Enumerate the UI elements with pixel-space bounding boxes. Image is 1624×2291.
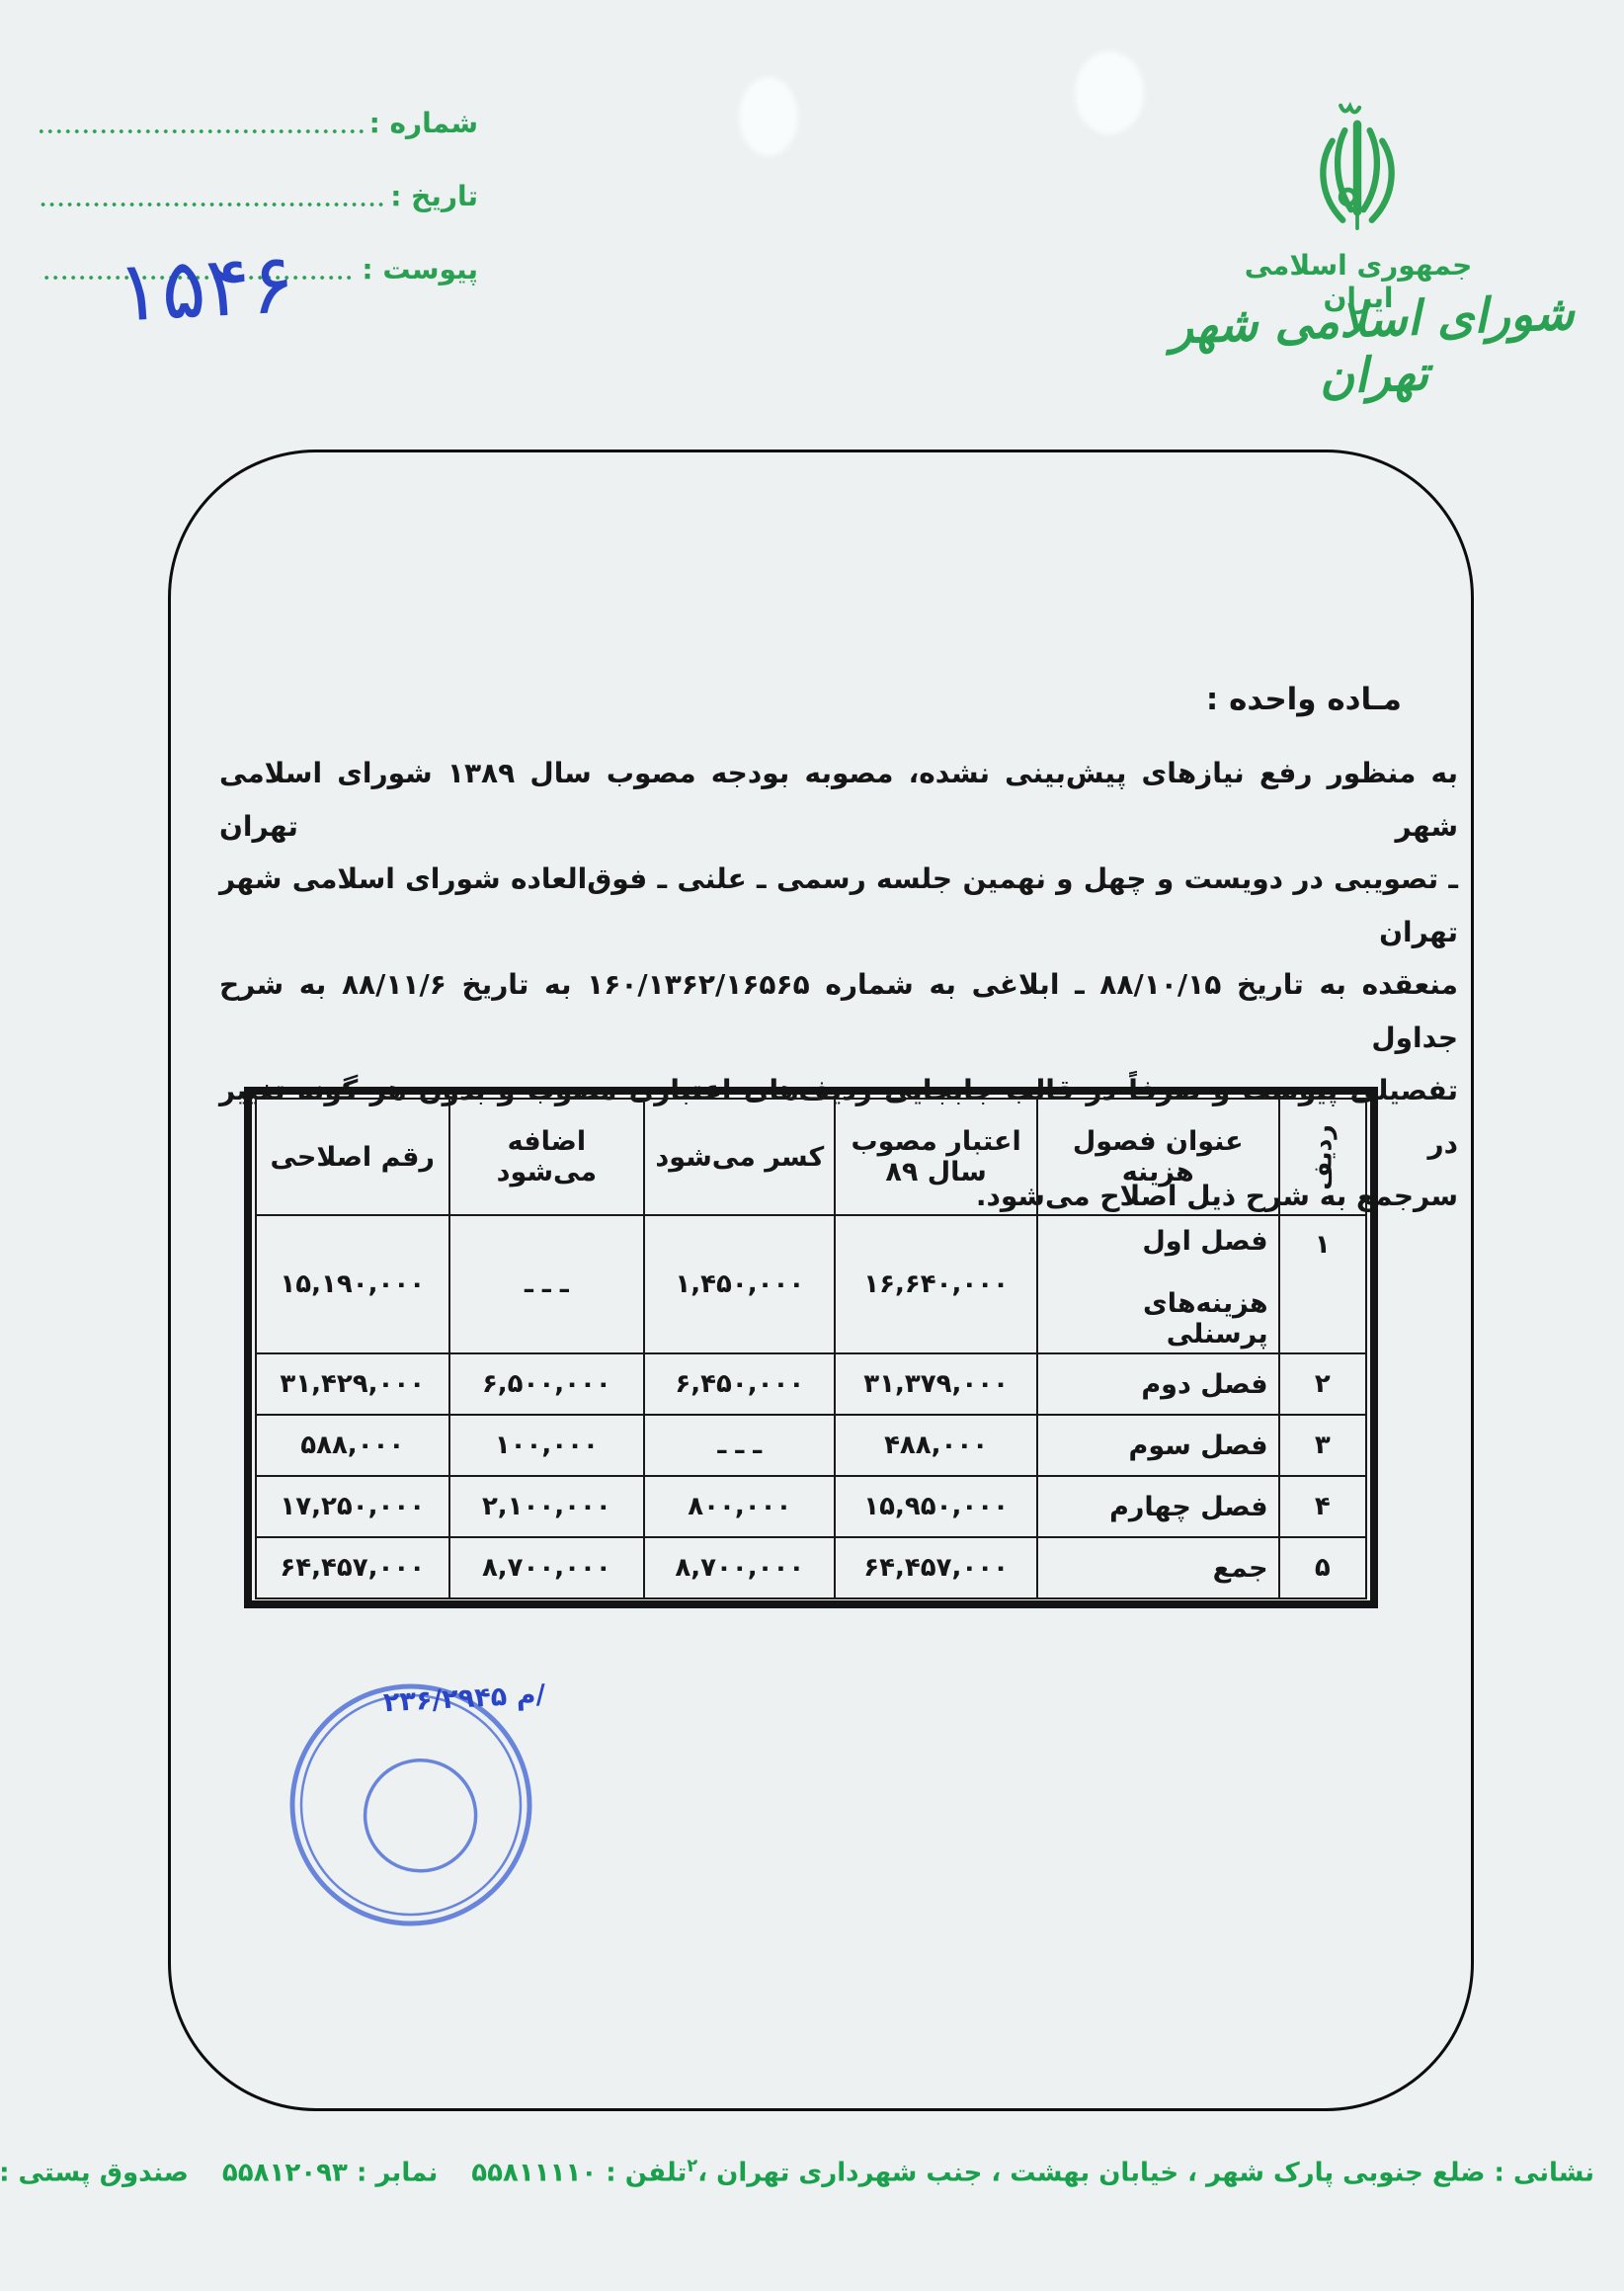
cell-added: ۶,۵۰۰,۰۰۰	[449, 1353, 645, 1415]
footer-pobox-label: صندوق پستی :	[0, 2159, 189, 2188]
header-added: اضافه می‌شود	[449, 1099, 645, 1215]
header-approved-credit-line1: اعتبار مصوب	[846, 1126, 1025, 1157]
number-field-dotted-line	[40, 128, 364, 134]
table-row-total: ۵ جمع ۶۴,۴۵۷,۰۰۰ ۸,۷۰۰,۰۰۰ ۸,۷۰۰,۰۰۰ ۶۴,…	[256, 1537, 1366, 1598]
cell-corrected: ۶۴,۴۵۷,۰۰۰	[256, 1537, 449, 1598]
header-row-no-label: ردیف	[1308, 1124, 1337, 1189]
field-row-date: تاریخ :	[40, 182, 478, 211]
cell-chapter: فصل چهارم	[1037, 1476, 1279, 1537]
chapter-title-line2: هزینه‌های پرسنلی	[1048, 1288, 1268, 1350]
cell-chapter: جمع	[1037, 1537, 1279, 1598]
punch-hole	[1075, 51, 1144, 134]
header-approved-credit-line2: سال ۸۹	[846, 1157, 1025, 1187]
council-name-calligraphy: شورای اسلامی شهر تهران	[1144, 285, 1602, 411]
budget-table: ردیف عنوان فصول هزینه اعتبار مصوب سال ۸۹…	[255, 1098, 1367, 1599]
cell-row-no: ۴	[1279, 1476, 1366, 1537]
cell-approved-credit: ۱۵,۹۵۰,۰۰۰	[835, 1476, 1036, 1537]
footer-mark: ۲	[687, 2156, 697, 2176]
header-chapter: عنوان فصول هزینه	[1037, 1099, 1279, 1215]
table-header-row: ردیف عنوان فصول هزینه اعتبار مصوب سال ۸۹…	[256, 1099, 1366, 1215]
attachment-field-label: پیوست :	[362, 255, 478, 285]
header-approved-credit: اعتبار مصوب سال ۸۹	[835, 1099, 1036, 1215]
cell-approved-credit: ۴۸۸,۰۰۰	[835, 1415, 1036, 1476]
cell-corrected: ۱۵,۱۹۰,۰۰۰	[256, 1215, 449, 1353]
number-field-label: شماره :	[369, 109, 478, 138]
cell-corrected: ۵۸۸,۰۰۰	[256, 1415, 449, 1476]
date-field-dotted-line	[40, 202, 384, 207]
cell-row-no: ۲	[1279, 1353, 1366, 1415]
cell-deducted: ۸,۷۰۰,۰۰۰	[644, 1537, 835, 1598]
cell-chapter: فصل سوم	[1037, 1415, 1279, 1476]
cell-row-no: ۱	[1279, 1215, 1366, 1353]
cell-row-no: ۳	[1279, 1415, 1366, 1476]
handwritten-attachment-number: ۱۵۴۶	[115, 234, 297, 340]
single-article-title: مـاده واحده :	[1206, 682, 1402, 717]
paragraph-line: به منظور رفع نیازهای پیش‌بینی نشده، مصوب…	[219, 747, 1458, 853]
paragraph-line: منعقده به تاریخ ۸۸/۱۰/۱۵ ـ ابلاغی به شما…	[219, 958, 1458, 1064]
table-row: ۱ فصل اول هزینه‌های پرسنلی ۱۶,۶۴۰,۰۰۰ ۱,…	[256, 1215, 1366, 1353]
cell-deducted: ـ ـ ـ	[644, 1415, 835, 1476]
punch-hole	[739, 77, 798, 156]
footer-phone-label: تلفن :	[606, 2159, 687, 2188]
header-deducted: کسر می‌شود	[644, 1099, 835, 1215]
field-row-number: شماره :	[40, 109, 478, 138]
table-row: ۲ فصل دوم ۳۱,۳۷۹,۰۰۰ ۶,۴۵۰,۰۰۰ ۶,۵۰۰,۰۰۰…	[256, 1353, 1366, 1415]
cell-approved-credit: ۱۶,۶۴۰,۰۰۰	[835, 1215, 1036, 1353]
chapter-title-line1: فصل اول	[1048, 1218, 1268, 1257]
cell-corrected: ۳۱,۴۲۹,۰۰۰	[256, 1353, 449, 1415]
footer-contact-line: نشانی : ضلع جنوبی پارک شهر ، خیابان بهشت…	[30, 2156, 1594, 2188]
cell-added: ۸,۷۰۰,۰۰۰	[449, 1537, 645, 1598]
cell-approved-credit: ۶۴,۴۵۷,۰۰۰	[835, 1537, 1036, 1598]
cell-deducted: ۶,۴۵۰,۰۰۰	[644, 1353, 835, 1415]
footer-phone-number: ۵۵۸۱۱۱۱۰	[471, 2159, 597, 2188]
table-row: ۴ فصل چهارم ۱۵,۹۵۰,۰۰۰ ۸۰۰,۰۰۰ ۲,۱۰۰,۰۰۰…	[256, 1476, 1366, 1537]
header-row-no: ردیف	[1279, 1099, 1366, 1215]
table-row: ۳ فصل سوم ۴۸۸,۰۰۰ ـ ـ ـ ۱۰۰,۰۰۰ ۵۸۸,۰۰۰	[256, 1415, 1366, 1476]
cell-added: ۲,۱۰۰,۰۰۰	[449, 1476, 645, 1537]
cell-chapter: فصل اول هزینه‌های پرسنلی	[1037, 1215, 1279, 1353]
cell-corrected: ۱۷,۲۵۰,۰۰۰	[256, 1476, 449, 1537]
cell-row-no: ۵	[1279, 1537, 1366, 1598]
iran-emblem-icon	[1292, 89, 1422, 245]
cell-approved-credit: ۳۱,۳۷۹,۰۰۰	[835, 1353, 1036, 1415]
cell-chapter: فصل دوم	[1037, 1353, 1279, 1415]
footer-fax-number: ۵۵۸۱۲۰۹۳	[222, 2159, 348, 2188]
cell-deducted: ۸۰۰,۰۰۰	[644, 1476, 835, 1537]
date-field-label: تاریخ :	[390, 182, 478, 211]
budget-table-border: ردیف عنوان فصول هزینه اعتبار مصوب سال ۸۹…	[244, 1087, 1378, 1608]
cell-deducted: ۱,۴۵۰,۰۰۰	[644, 1215, 835, 1353]
cell-added: ۱۰۰,۰۰۰	[449, 1415, 645, 1476]
header-corrected-figure: رقم اصلاحی	[256, 1099, 449, 1215]
scanned-letter-page: شماره : تاریخ : پیوست : ۱۵۴۶ جمهوری اسلا…	[0, 0, 1624, 2291]
footer-fax-label: نمابر :	[357, 2159, 438, 2188]
footer-address: نشانی : ضلع جنوبی پارک شهر ، خیابان بهشت…	[697, 2159, 1594, 2188]
cell-added: ـ ـ ـ	[449, 1215, 645, 1353]
paragraph-line: ـ تصویبی در دویست و چهل و نهمین جلسه رسم…	[219, 853, 1458, 958]
